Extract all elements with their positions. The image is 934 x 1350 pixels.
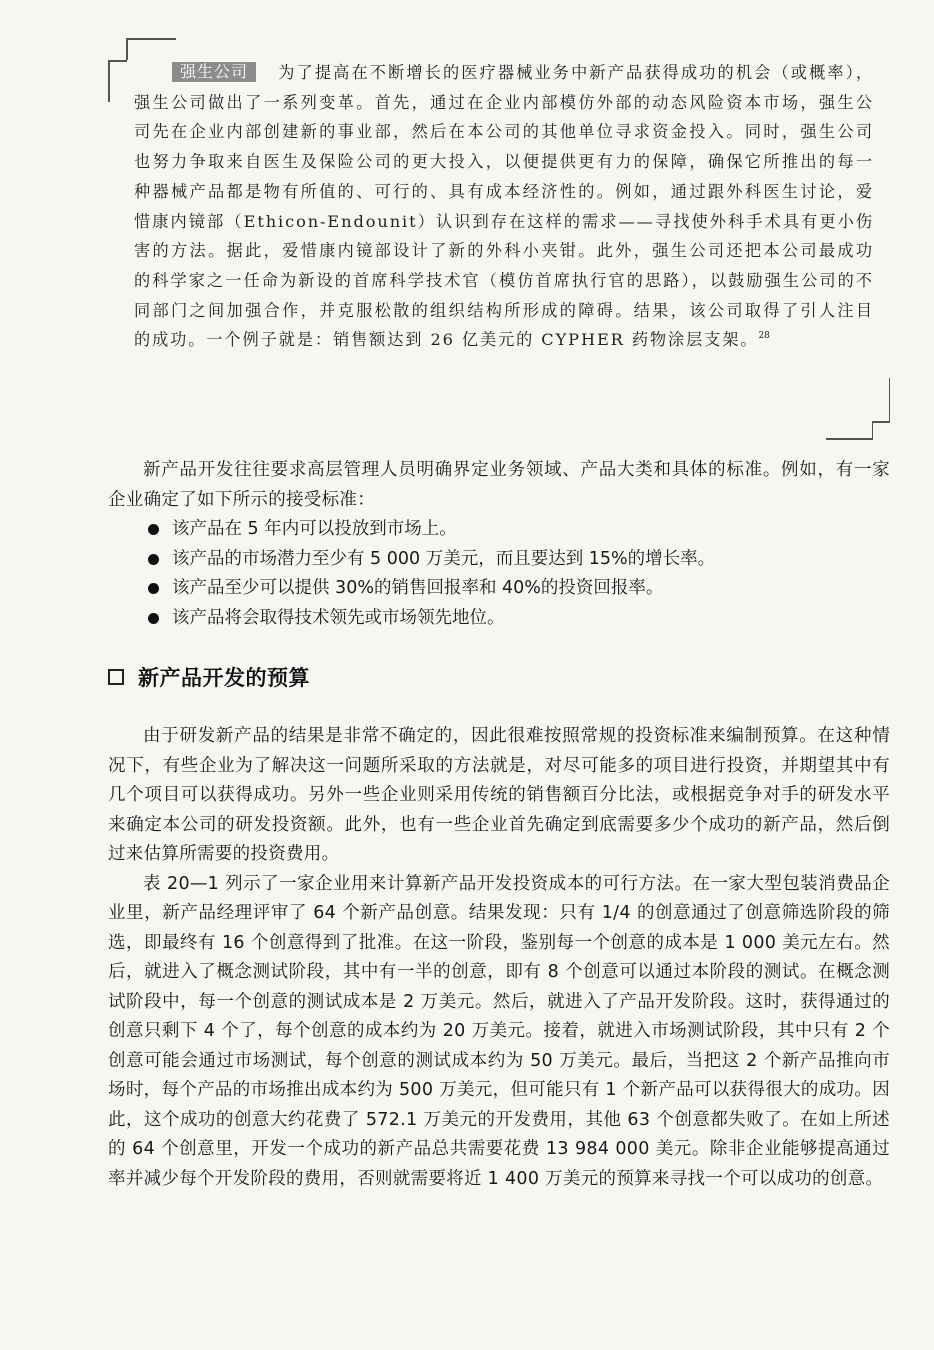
list-item: 该产品至少可以提供 30%的销售回报率和 40%的投资回报率。: [148, 574, 888, 604]
list-item: 该产品在 5 年内可以投放到市场上。: [148, 515, 888, 545]
list-item-text: 该产品在 5 年内可以投放到市场上。: [172, 515, 457, 545]
square-icon: [108, 669, 124, 685]
acceptance-criteria-list: 该产品在 5 年内可以投放到市场上。 该产品的市场潜力至少有 5 000 万美元…: [148, 515, 888, 633]
bracket-line: [108, 60, 110, 102]
intro-paragraph: 新产品开发往往要求高层管理人员明确界定业务领域、产品大类和具体的标准。例如，有一…: [108, 456, 890, 515]
bracket-line: [126, 38, 128, 60]
bracket-line: [826, 438, 873, 440]
book-page: 强生公司为了提高在不断增长的医疗器械业务中新产品获得成功的机会（或概率），强生公…: [0, 0, 934, 1350]
case-body: 为了提高在不断增长的医疗器械业务中新产品获得成功的机会（或概率），强生公司做出了…: [134, 63, 874, 349]
list-item-text: 该产品将会取得技术领先或市场领先地位。: [172, 604, 505, 634]
intro-text: 新产品开发往往要求高层管理人员明确界定业务领域、产品大类和具体的标准。例如，有一…: [108, 456, 890, 515]
section-title: 新产品开发的预算: [138, 662, 310, 692]
footnote-marker: 28: [758, 331, 769, 341]
section-heading: 新产品开发的预算: [108, 662, 310, 692]
section-body: 由于研发新产品的结果是非常不确定的，因此很难按照常规的投资标准来编制预算。在这种…: [108, 722, 890, 1194]
bracket-line: [108, 60, 127, 62]
paragraph: 由于研发新产品的结果是非常不确定的，因此很难按照常规的投资标准来编制预算。在这种…: [108, 722, 890, 870]
bracket-line: [872, 421, 890, 423]
bullet-icon: [148, 583, 159, 594]
bullet-icon: [148, 524, 159, 535]
paragraph: 表 20—1 列示了一家企业用来计算新产品开发投资成本的可行方法。在一家大型包装…: [108, 870, 890, 1195]
bullet-icon: [148, 613, 159, 624]
case-study-box: 强生公司为了提高在不断增长的医疗器械业务中新产品获得成功的机会（或概率），强生公…: [108, 38, 890, 440]
case-study-text: 强生公司为了提高在不断增长的医疗器械业务中新产品获得成功的机会（或概率），强生公…: [134, 58, 874, 355]
case-tag: 强生公司: [172, 62, 256, 82]
list-item-text: 该产品的市场潜力至少有 5 000 万美元，而且要达到 15%的增长率。: [172, 545, 715, 575]
bracket-bottom-right: [889, 378, 891, 422]
list-item-text: 该产品至少可以提供 30%的销售回报率和 40%的投资回报率。: [172, 574, 663, 604]
bullet-icon: [148, 554, 159, 565]
list-item: 该产品的市场潜力至少有 5 000 万美元，而且要达到 15%的增长率。: [148, 545, 888, 575]
list-item: 该产品将会取得技术领先或市场领先地位。: [148, 604, 888, 634]
bracket-line: [872, 421, 874, 439]
bracket-top-left: [126, 38, 176, 40]
